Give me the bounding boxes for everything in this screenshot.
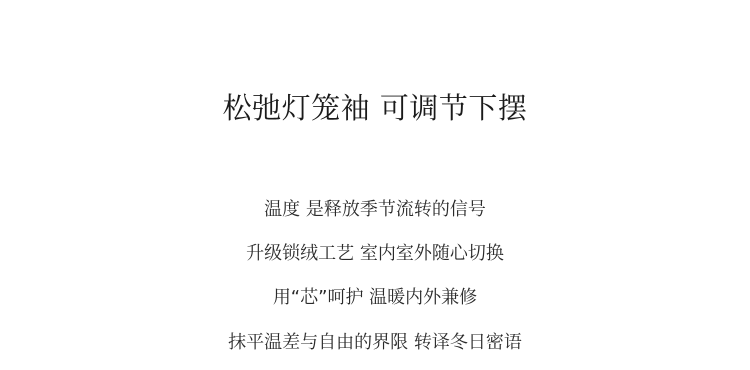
- description-line: 用“芯”呵护 温暖内外兼修: [0, 286, 750, 310]
- description-line: 温度 是释放季节流转的信号: [0, 198, 750, 222]
- product-title: 松弛灯笼袖 可调节下摆: [0, 88, 750, 128]
- description-line: 升级锁绒工艺 室内室外随心切换: [0, 242, 750, 266]
- description-line: 抹平温差与自由的界限 转译冬日密语: [0, 331, 750, 355]
